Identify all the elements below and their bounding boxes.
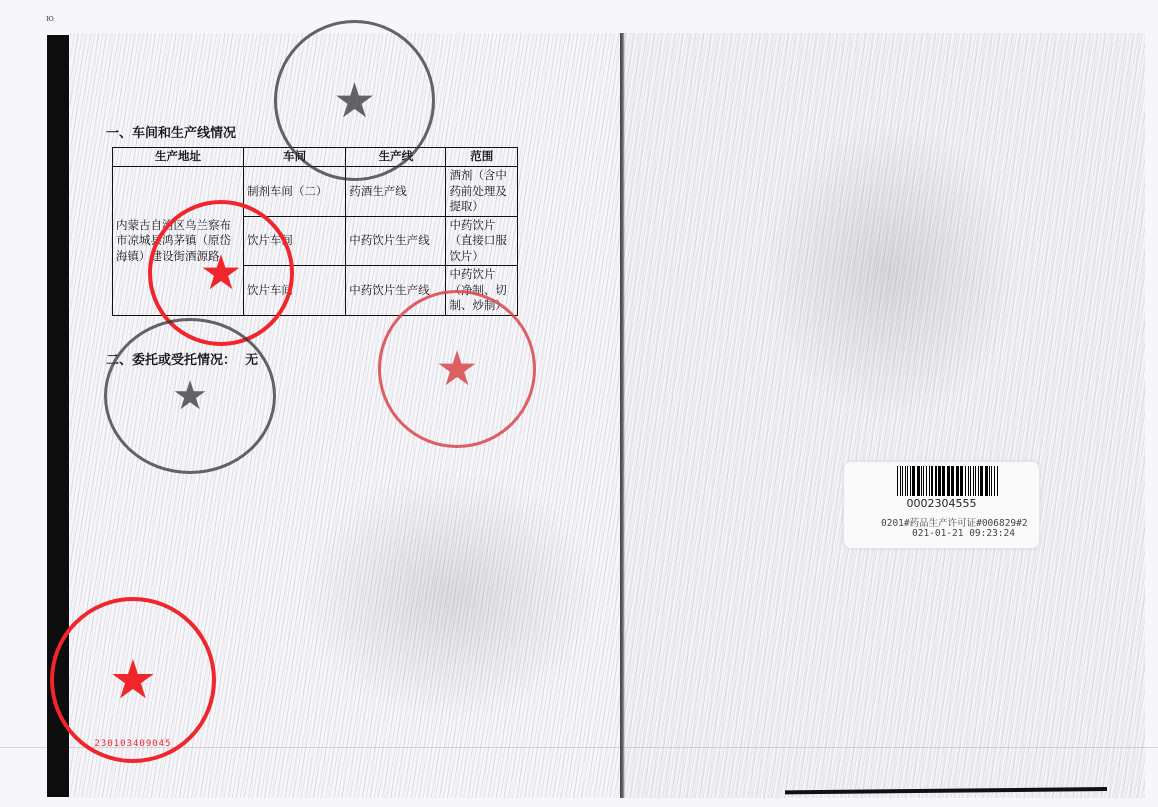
header-scope: 范围: [446, 148, 518, 167]
bottom-red-seal: ★ 230103409045: [50, 597, 216, 763]
barcode-icon: [897, 466, 1023, 496]
right-faded-red-seal: ★: [378, 290, 536, 448]
barcode-label: 0002304555 0201#药品生产许可证#006829#2 021-01-…: [843, 461, 1040, 549]
line-cell: 中药饮片生产线: [346, 216, 446, 266]
scan-shadow: [300, 470, 600, 720]
star-icon: ★: [172, 376, 208, 416]
star-icon: ★: [109, 653, 157, 707]
barcode-timestamp: 021-01-21 09:23:24: [912, 528, 1015, 539]
scan-shadow: [760, 120, 1020, 420]
star-icon: ★: [435, 345, 478, 393]
top-dark-seal: ★: [274, 20, 435, 181]
barcode-license-line: 0201#药品生产许可证#006829#2: [881, 515, 1028, 529]
scope-cell: 中药饮片（直接口服饮片）: [446, 216, 518, 266]
section-1-title: 一、车间和生产线情况: [106, 122, 236, 141]
header-address: 生产地址: [113, 148, 244, 167]
seal-number: 230103409045: [94, 739, 171, 749]
scope-cell: 酒剂（含中药前处理及提取）: [446, 167, 518, 217]
star-icon: ★: [333, 77, 376, 125]
page-fold: [620, 33, 625, 798]
corner-mark: ю: [46, 14, 54, 24]
table-row: 内蒙古自治区乌兰察布市凉城县鸿茅镇（原岱海镇）建设街酒源路 制剂车间（二） 药酒…: [113, 167, 518, 217]
left-dark-seal: ★: [104, 318, 276, 474]
barcode-number: 0002304555: [844, 497, 1039, 510]
star-icon: ★: [199, 249, 242, 297]
